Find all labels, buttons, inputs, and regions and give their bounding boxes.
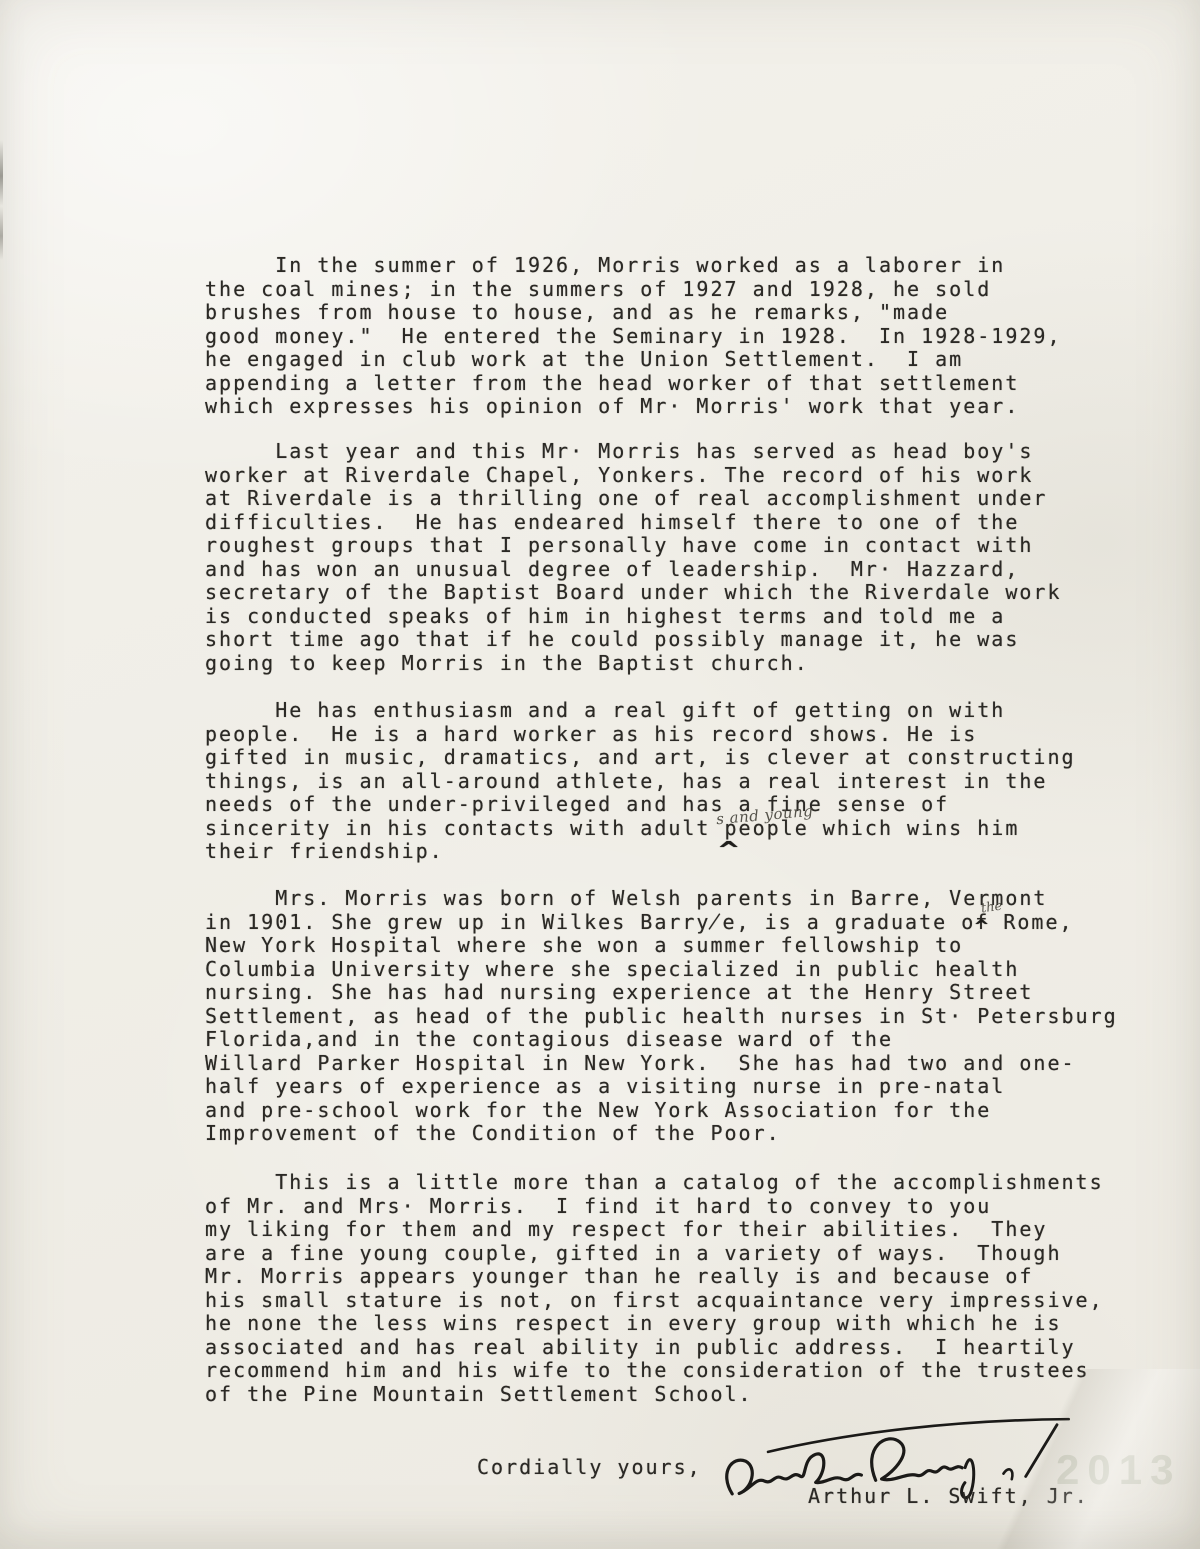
closing-salutation: Cordially yours, [477, 1456, 702, 1480]
scanned-letter-page: In the summer of 1926, Morris worked as … [0, 0, 1200, 1549]
paragraph-summer-1926: In the summer of 1926, Morris worked as … [205, 254, 1062, 419]
handwritten-insertion-the: the [980, 899, 1003, 917]
paragraph-riverdale: Last year and this Mr· Morris has served… [205, 440, 1062, 675]
paragraph-recommendation: This is a little more than a catalog of … [205, 1171, 1104, 1406]
insertion-caret-young: ^ [719, 838, 739, 863]
typed-signature: Arthur L. Swift, Jr. [808, 1485, 1089, 1509]
scan-edge-artifact [0, 140, 3, 260]
insertion-caret-the: ^ [975, 917, 989, 935]
paragraph-enthusiasm: He has enthusiasm and a real gift of get… [205, 699, 1076, 864]
